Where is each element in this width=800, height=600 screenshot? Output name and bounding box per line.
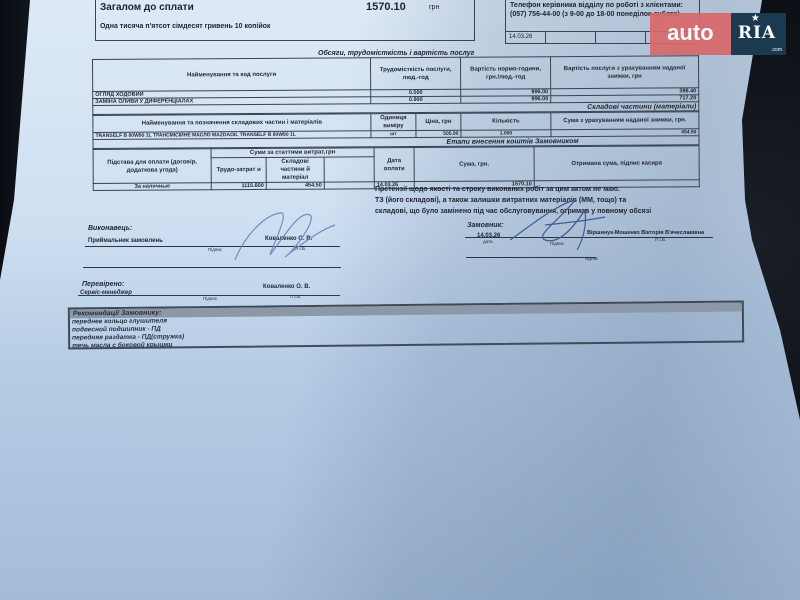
amount-in-words: Одна тисяча п'ятсот сімдесят гривень 10 … xyxy=(100,23,270,30)
customer-pib-label: П.І.Б. xyxy=(655,237,666,242)
invoice-document: Загалом до сплати 1570.10 грн Одна тисяч… xyxy=(0,0,800,600)
services-header-cost: Вартість послуги з урахуванням наданої з… xyxy=(550,56,698,89)
services-header-rate: Вартість нормо-години, грн./люд.-год xyxy=(460,57,550,90)
parts-header-qty: Кількість xyxy=(461,113,551,131)
checked-sign-label: Підпис xyxy=(203,296,217,301)
services-header-hours: Трудомісткість послуги, люд.-год xyxy=(370,57,460,90)
parts-header-name: Найменування та позначення складових час… xyxy=(93,114,371,133)
parts-table: Найменування та позначення складових час… xyxy=(92,111,699,149)
total-value: 1570.10 xyxy=(366,1,406,13)
executor-signature xyxy=(225,205,345,265)
parts-header-sum: Сума з урахуванням наданої знижки, грн. xyxy=(551,112,699,130)
services-header-name: Найменування та код послуги xyxy=(93,58,371,92)
total-unit: грн xyxy=(429,4,439,11)
watermark-ria: RIA xyxy=(738,23,776,43)
claims-line: Претензії щодо якості та строку виконани… xyxy=(375,184,651,195)
watermark-domain: .com xyxy=(771,47,782,53)
parts-header-unit: Одиниця виміру xyxy=(371,114,416,131)
payments-header-labor: Трудо-затрат и xyxy=(211,157,266,182)
checked-name: Коваленко О. В. xyxy=(263,284,310,290)
payment-labor: 1115.600 xyxy=(211,182,266,189)
executor-title: Виконавець: xyxy=(88,225,132,232)
watermark-auto: auto xyxy=(650,13,731,55)
autoria-watermark: auto ★ RIA .com xyxy=(650,13,786,55)
payments-header-parts: Складові частини й матеріал xyxy=(266,157,324,182)
payments-header-received: Отримана сума, підпис касира xyxy=(534,146,699,181)
checked-pib-label: П.І.Б. xyxy=(290,294,301,299)
customer-signature xyxy=(505,195,615,255)
customer-date-label: дата xyxy=(483,239,493,244)
payments-header-basis: Підстава для оплати (договір, додаткова … xyxy=(93,149,211,184)
main-table-block: Найменування та код послуги Трудомісткіс… xyxy=(92,55,699,191)
total-label: Загалом до сплати xyxy=(100,2,194,13)
contact-line-1: Телефон керівника відділу по роботі з кл… xyxy=(510,2,683,9)
payment-parts: 454.50 xyxy=(266,182,324,189)
executor-role: Приймальник замовлень xyxy=(88,238,163,244)
payment-basis: За наличные xyxy=(93,183,211,191)
total-summary-box: Загалом до сплати 1570.10 грн Одна тисяч… xyxy=(95,0,475,41)
customer-title: Замовник: xyxy=(467,222,503,229)
services-table: Найменування та код послуги Трудомісткіс… xyxy=(92,55,699,115)
customer-sign-label-2: підпис xyxy=(585,256,598,261)
checked-title: Перевірено: xyxy=(82,281,124,288)
payments-header-date: Дата оплати xyxy=(374,148,414,182)
contact-date: 14.03.26 xyxy=(506,32,546,43)
payments-header-sum: Сума, грн. xyxy=(414,147,534,182)
parts-header-price: Ціна, грн xyxy=(416,113,461,130)
executor-sign-label: Підпис xyxy=(208,247,222,252)
recommendations-box: Рекомендації Замовнику: переднее кольцо … xyxy=(68,300,744,349)
